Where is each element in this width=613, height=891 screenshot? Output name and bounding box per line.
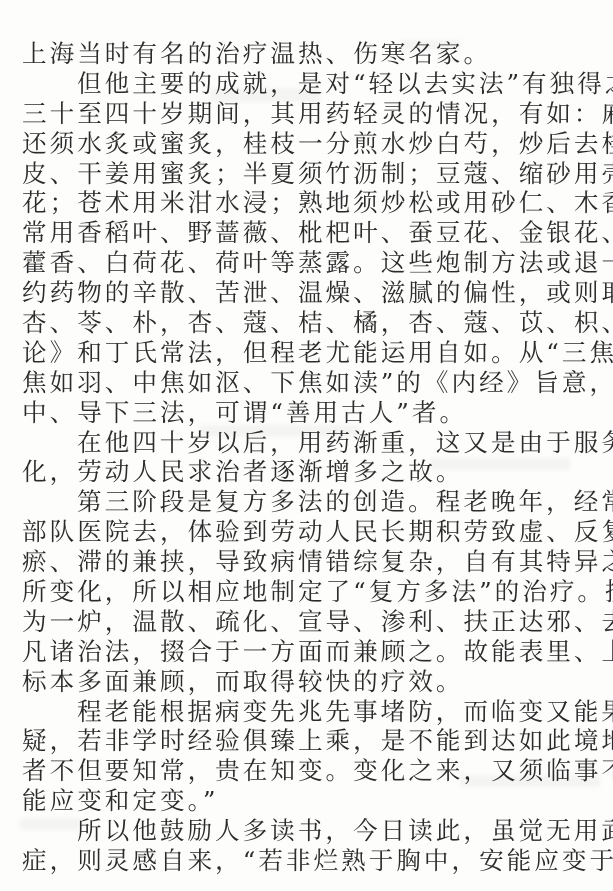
text-line: 上海当时有名的治疗温热、伤寒名家。 (22, 39, 582, 69)
text-line: 程老能根据病变先兆先事堵防，而临变又能果断处理，不稍迟 (22, 697, 582, 727)
text-line: 为一炉，温散、疏化、宣导、渗利、扶正达邪、去邪安正、祛瘀、清热， (22, 607, 582, 637)
text-line: 所变化，所以相应地制定了“复方多法”的治疗。揉合经方、时方冶 (22, 577, 582, 607)
text-line: 皮、干姜用蜜炙；半夏须竹沥制；豆蔻、缩砂用壳；川朴、佛手用 (22, 159, 582, 189)
text-line: 症，则灵感自来，“若非烂熟于胸中，安能应变于俄顷”，这真是至理 (22, 846, 582, 876)
text-line: 论》和丁氏常法，但程老尤能运用自如。从“三焦为决渎之官”，“上 (22, 338, 582, 368)
text-line: 化，劳动人民求治者逐渐增多之故。 (22, 457, 582, 487)
text-line: 杏、苓、朴，杏、蔻、桔、橘，杏、蔻、苡、枳、苓等同用。虽都是《温热 (22, 308, 582, 338)
text-line: 中、导下三法，可谓“善用古人”者。 (22, 398, 582, 428)
text-line: 还须水炙或蜜炙，桂枝一分煎水炒白芍，炒后去桂枝不入药；陈 (22, 129, 582, 159)
scanned-book-page: 上海当时有名的治疗温热、伤寒名家。 但他主要的成就，是对“轻以去实法”有独得之见… (0, 0, 613, 891)
text-line: 第三阶段是复方多法的创造。程老晚年，经常到工厂、农村、 (22, 487, 582, 517)
text-line: 约药物的辛散、苦泄、温燥、滋腻的偏性，或则取其轻清芬香。还有 (22, 278, 582, 308)
text-line: 瘀、滞的兼挟，导致病情错综复杂，自有其特异之处，应在治疗上有 (22, 547, 582, 577)
body-text: 上海当时有名的治疗温热、伤寒名家。 但他主要的成就，是对“轻以去实法”有独得之见… (22, 39, 582, 876)
text-line: 标本多面兼顾，而取得较快的疗效。 (22, 667, 582, 697)
text-line: 能应变和定变。” (22, 786, 582, 816)
text-line: 所以他鼓励人多读书，今日读此，虽觉无用武之地，他日遇此 (22, 816, 582, 846)
text-line: 凡诸治法，掇合于一方面而兼顾之。故能表里、上下、虚实、寒热、 (22, 637, 582, 667)
text-line: 疑，若非学时经验俱臻上乘，是不能到达如此境地的。他常说：“医 (22, 726, 582, 756)
text-line: 者不但要知常，贵在知变。变化之来，又须临事不慌，指挥若定，才 (22, 756, 582, 786)
text-line: 但他主要的成就，是对“轻以去实法”有独得之见。大约在他 (22, 69, 582, 99)
text-line: 在他四十岁以后，用药渐重，这又是由于服务的对象有些变 (22, 428, 582, 458)
text-line: 常用香稻叶、野蔷薇、枇杷叶、蚕豆花、金银花、地骨皮、生地、青蒿、 (22, 218, 582, 248)
text-line: 部队医院去，体验到劳动人民长期积劳致虚、反复感邪以及湿、热、 (22, 517, 582, 547)
text-line: 焦如羽、中焦如沤、下焦如渎”的《内经》旨意，相应地采用开上、宣 (22, 368, 582, 398)
text-line: 藿香、白荷花、荷叶等蒸露。这些炮制方法或退一步用，均所以制 (22, 248, 582, 278)
text-line: 三十至四十岁期间，其用药轻灵的情况，有如：麻黄仅用二三分， (22, 99, 582, 129)
text-line: 花；苍术用米泔水浸；熟地须炒松或用砂仁、木香、蛤粉为拌；又 (22, 188, 582, 218)
